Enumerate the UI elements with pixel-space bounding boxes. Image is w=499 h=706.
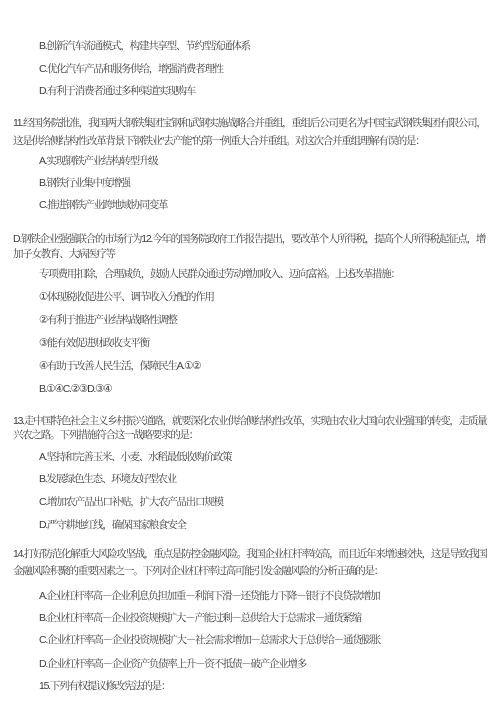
text-line: A.实现钢铁产业结构转型升级 — [39, 155, 157, 167]
text-line: B.钢铁行业集中度增强 — [39, 177, 130, 189]
text-line: C.推进钢铁产业跨地域协同变革 — [39, 199, 167, 211]
text-line: D.企业杠杆率高－企业资产负债率上升－资不抵债－破产企业增多 — [39, 658, 306, 670]
text-line: 兴农之路。下列措施符合这一战略要求的是： — [13, 429, 198, 441]
text-line: B.发展绿色生态、环境友好型农业 — [39, 473, 176, 485]
text-line: B.创新汽车流通模式，构建共享型、节约型流通体系 — [39, 40, 250, 52]
text-line: 加子女教育、大病医疗等 — [13, 248, 115, 260]
text-line: D.有利于消费者通过多种渠道实现购车 — [39, 85, 195, 97]
document-page: B.创新汽车流通模式，构建共享型、节约型流通体系C.优化汽车产品和服务供给，增强… — [0, 0, 499, 706]
text-line: 13.走中国特色社会主义乡村振兴道路，就要深化农业供给侧结构性改革，实现由农业大… — [13, 415, 486, 427]
text-line: ④有助于改善人民生活，保障民生A.①② — [39, 360, 200, 372]
text-line: 金融风险积聚的重要因素之一。下列对企业杠杆率过高可能引发金融风险的分析正确的是： — [13, 565, 383, 577]
text-line: A.企业杠杆率高－企业利息负担加重－利润下滑－还贷能力下降－银行不良贷款增加 — [39, 590, 379, 602]
text-line: A.坚持和完善玉米、小麦、水稻最低收购价政策 — [39, 451, 231, 463]
text-line: 专项费用扣除，合理减负，鼓励人民群众通过劳动增加收入、迈向富裕。上述改革措施： — [39, 268, 400, 280]
text-line: ③能有效促进财政收支平衡 — [39, 337, 149, 349]
text-line: 14.打好防范化解重大风险攻坚战，重点是防控金融风险。我国企业杠杆率较高，而且近… — [13, 548, 486, 560]
text-line: 这是供给侧结构性改革背景下钢铁业“去产能”的第一例重大合并重组。对这次合并重组理… — [13, 135, 425, 147]
text-line: 15.下列有权提议修改宪法的是： — [39, 680, 170, 692]
text-line: D.钢铁企业强强联合的市场行为12.今年的国务院政府工作报告提出，要改革个人所得… — [13, 233, 485, 245]
text-line: B.①④C.②③D.③④ — [39, 383, 111, 395]
text-line: 11.经国务院批准，我国两大钢铁集团宝钢和武钢实施战略合并重组，重组后公司更名为… — [13, 117, 486, 129]
text-line: D.严守耕地红线，确保国家粮食安全 — [39, 519, 186, 531]
text-line: ①体现税收促进公平、调节收入分配的作用 — [39, 291, 214, 303]
text-line: C.优化汽车产品和服务供给，增强消费者理性 — [39, 63, 223, 75]
text-line: C.企业杠杆率高－企业投资规模扩大－社会需求增加－总需求大于总供给－通货膨胀 — [39, 634, 380, 646]
text-line: ②有利于推进产业结构战略性调整 — [39, 314, 177, 326]
text-line: C.增加农产品出口补贴，扩大农产品出口规模 — [39, 496, 223, 508]
text-line: B.企业杠杆率高－企业投资规模扩大－产能过剩－总供给大于总需求－通货紧缩 — [39, 612, 361, 624]
